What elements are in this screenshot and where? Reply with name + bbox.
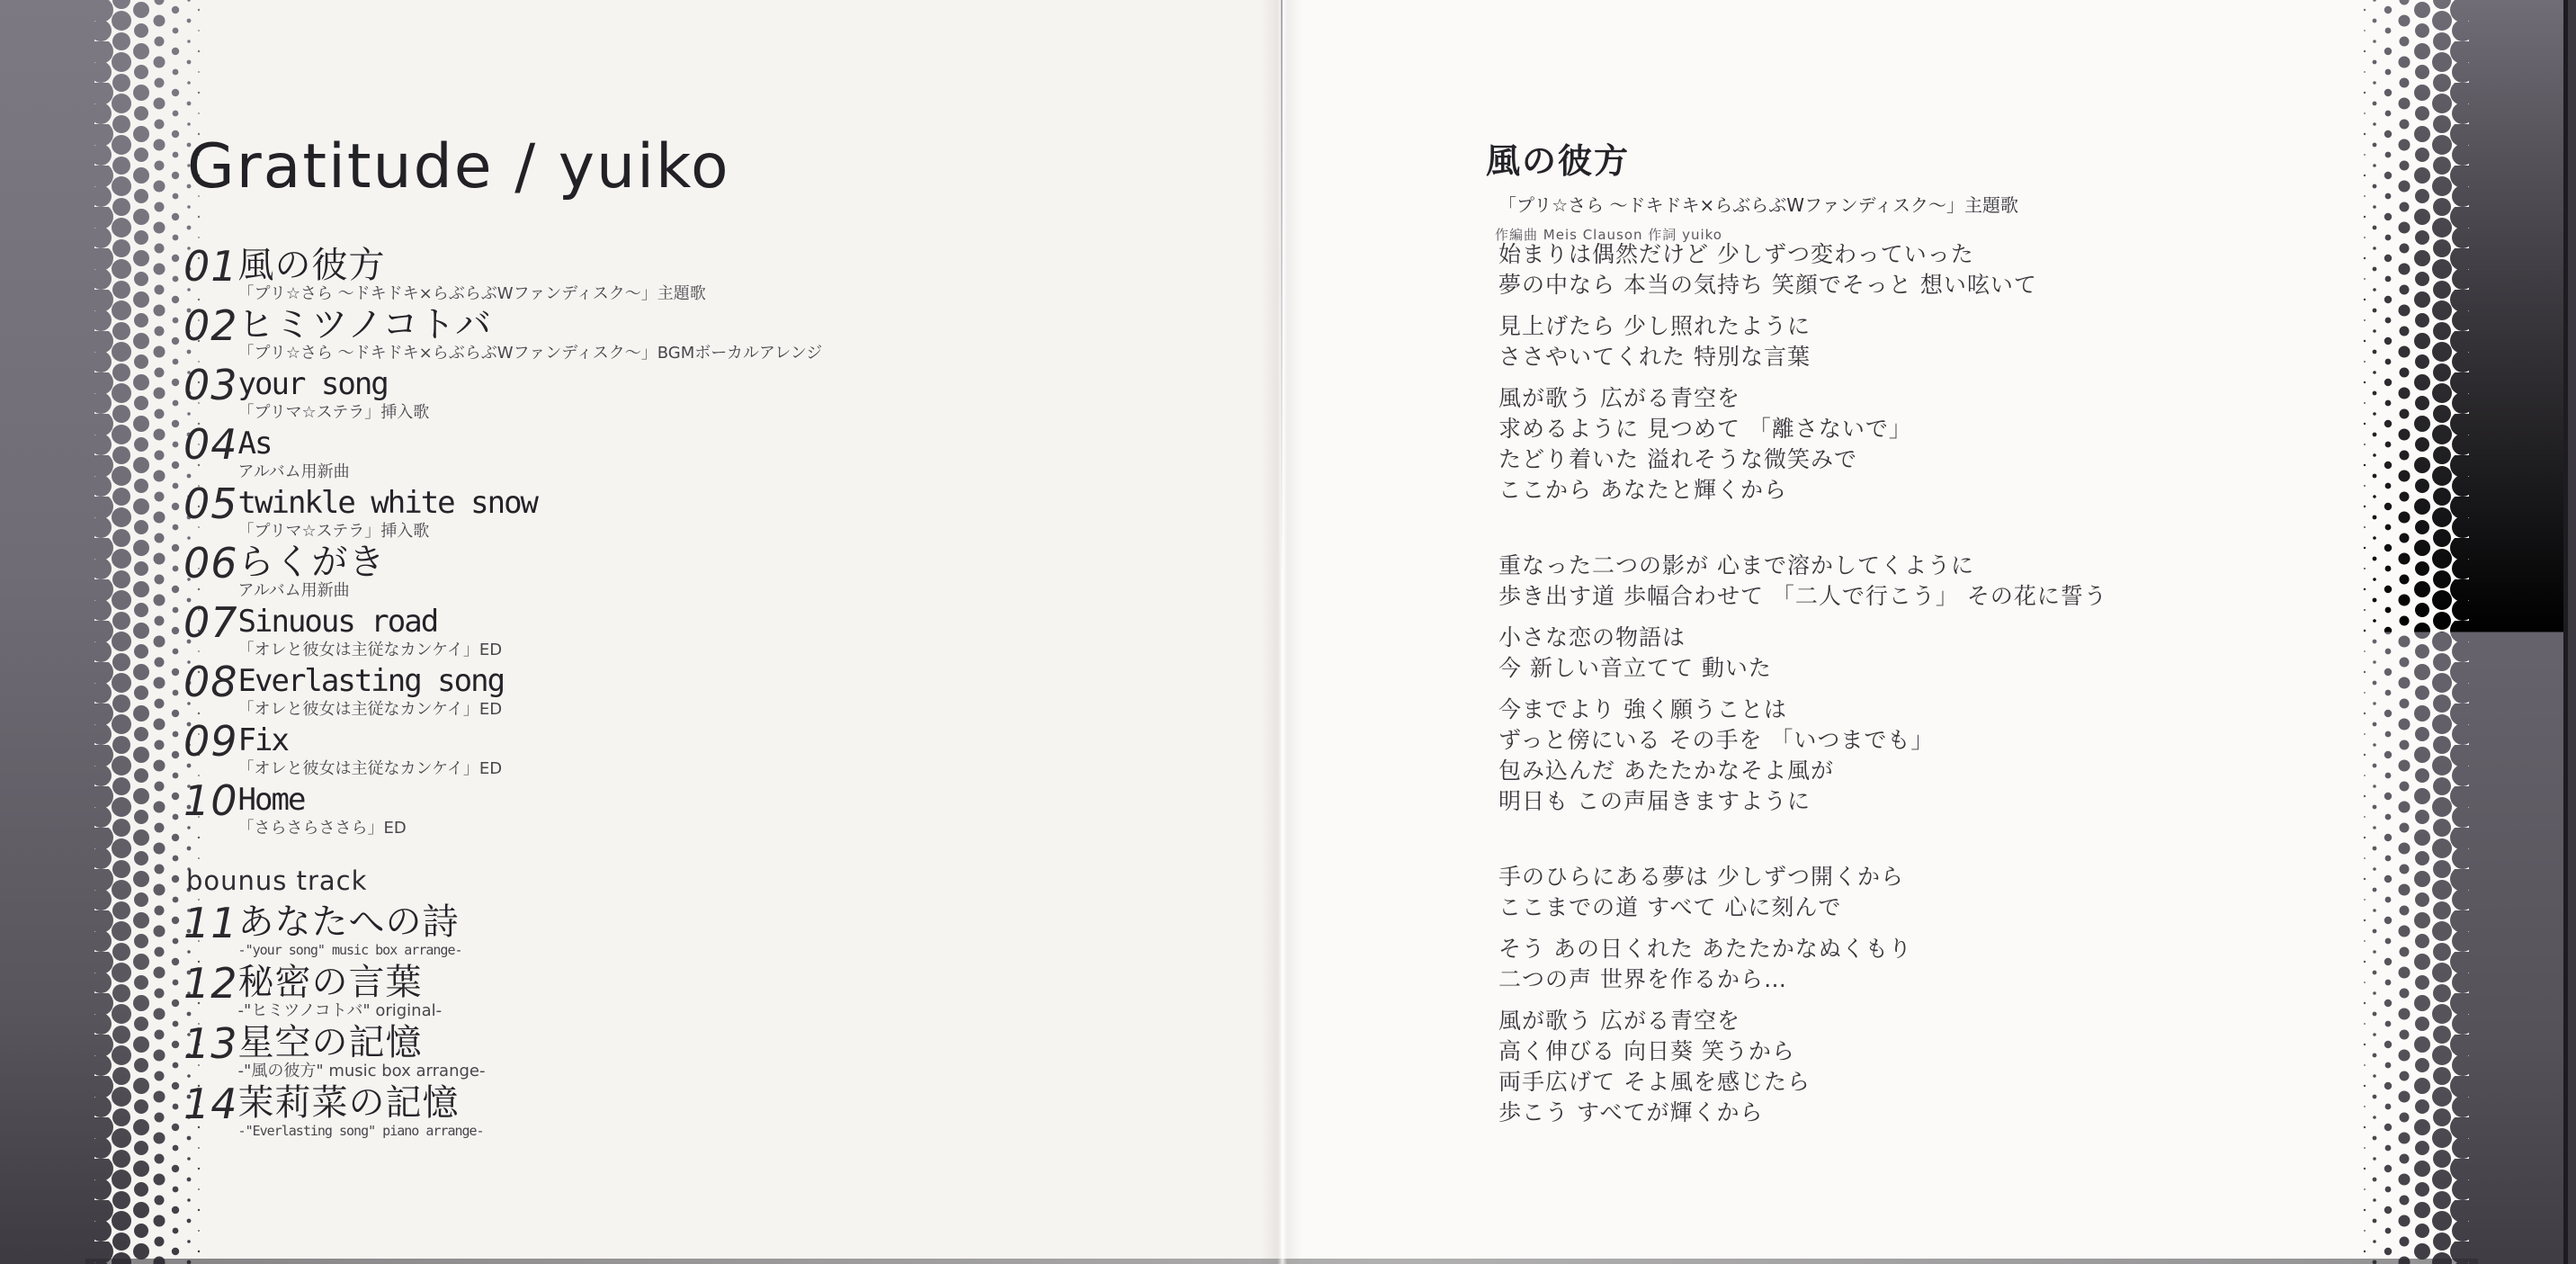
stanza: 手のひらにある夢は 少しずつ開くからここまでの道 すべて 心に刻んで <box>1498 862 2107 923</box>
track-number: 01 <box>183 245 238 288</box>
track-title: 風の彼方 <box>238 247 706 284</box>
stanza: 今までより 強く願うことはずっと傍にいる その手を 「いつまでも」包み込んだ あ… <box>1498 695 2107 817</box>
track-number: 05 <box>183 482 238 525</box>
track-subtitle: 「オレと彼女は主従なカンケイ」ED <box>238 641 503 659</box>
stanza: 重なった二つの影が 心まで溶かしてくように歩き出す道 歩幅合わせて 「二人で行こ… <box>1498 551 2107 612</box>
track-row: 11 あなたへの詩 -"your song" music box arrange… <box>183 901 485 962</box>
lyric-line: 求めるように 見つめて 「離さないで」 <box>1498 414 2107 444</box>
track-title: As <box>238 425 350 462</box>
lyric-line: 二つの声 世界を作るから… <box>1498 964 2107 995</box>
track-text: twinkle white snow 「プリマ☆ステラ」挿入歌 <box>238 482 537 541</box>
track-text: ヒミツノコトバ 「プリ☆さら ～ドキドキ×らぶらぶWファンディスク～」BGMボー… <box>238 304 823 363</box>
track-subtitle: 「プリマ☆ステラ」挿入歌 <box>238 522 537 541</box>
track-text: Home 「さらさらささら」ED <box>238 779 407 838</box>
track-text: 風の彼方 「プリ☆さら ～ドキドキ×らぶらぶWファンディスク～」主題歌 <box>238 245 706 303</box>
lyric-line: そう あの日くれた あたたかなぬくもり <box>1498 934 2107 964</box>
song-subtitle: 「プリ☆さら ～ドキドキ×らぶらぶWファンディスク～」主題歌 <box>1498 191 2018 217</box>
lyric-line: 両手広げて そよ風を感じたら <box>1498 1067 2107 1098</box>
track-title: Sinuous road <box>238 603 503 641</box>
track-subtitle: -"風の彼方" music box arrange- <box>238 1062 486 1080</box>
track-title: 星空の記憶 <box>238 1024 486 1062</box>
stanza: そう あの日くれた あたたかなぬくもり二つの声 世界を作るから… <box>1498 934 2107 995</box>
track-number: 09 <box>183 720 238 763</box>
scan-right-edge <box>2563 0 2576 1264</box>
track-subtitle: 「プリ☆さら ～ドキドキ×らぶらぶWファンディスク～」主題歌 <box>238 284 706 303</box>
track-subtitle: 「さらさらささら」ED <box>238 819 407 838</box>
lyric-line: ここから あなたと輝くから <box>1498 475 2107 506</box>
booklet-spread: Gratitude / yuiko 01 風の彼方 「プリ☆さら ～ドキドキ×ら… <box>0 0 2576 1264</box>
lyric-line: たどり着いた 溢れそうな微笑みで <box>1498 444 2107 475</box>
track-title: ヒミツノコトバ <box>238 306 823 344</box>
track-number: 14 <box>183 1082 238 1125</box>
track-subtitle: 「オレと彼女は主従なカンケイ」ED <box>238 700 505 719</box>
track-title: Fix <box>238 722 503 759</box>
track-subtitle: アルバム用新曲 <box>238 581 386 600</box>
track-row: 10 Home 「さらさらささら」ED <box>183 779 822 838</box>
lyrics: 始まりは偶然だけど 少しずつ変わっていった夢の中なら 本当の気持ち 笑顔でそっと… <box>1498 239 2107 1139</box>
track-title: Home <box>238 781 407 819</box>
track-row: 01 風の彼方 「プリ☆さら ～ドキドキ×らぶらぶWファンディスク～」主題歌 <box>183 245 822 304</box>
lyric-line: 風が歌う 広がる青空を <box>1498 1006 2107 1036</box>
track-title: 秘密の言葉 <box>238 964 443 1001</box>
track-text: Sinuous road 「オレと彼女は主従なカンケイ」ED <box>238 601 503 659</box>
halftone-band-right <box>2355 0 2563 1264</box>
lyric-line: 包み込んだ あたたかなそよ風が <box>1498 756 2107 786</box>
track-row: 02 ヒミツノコトバ 「プリ☆さら ～ドキドキ×らぶらぶWファンディスク～」BG… <box>183 304 822 363</box>
track-number: 13 <box>183 1022 238 1065</box>
lyric-line: 見上げたら 少し照れたように <box>1498 311 2107 342</box>
album-title: Gratitude / yuiko <box>187 131 730 202</box>
track-text: your song 「プリマ☆ステラ」挿入歌 <box>238 363 430 422</box>
track-row: 07 Sinuous road 「オレと彼女は主従なカンケイ」ED <box>183 601 822 660</box>
track-number: 11 <box>183 901 238 945</box>
track-text: 茉莉菜の記憶 -"Everlasting song" piano arrange… <box>238 1082 484 1141</box>
track-row: 12 秘密の言葉 -"ヒミツノコトバ" original- <box>183 962 485 1022</box>
track-number: 08 <box>183 660 238 704</box>
track-row: 05 twinkle white snow 「プリマ☆ステラ」挿入歌 <box>183 482 822 542</box>
track-subtitle: -"ヒミツノコトバ" original- <box>238 1001 443 1020</box>
track-subtitle: -"your song" music box arrange- <box>238 941 462 960</box>
lyric-line: ずっと傍にいる その手を 「いつまでも」 <box>1498 725 2107 756</box>
track-row: 09 Fix 「オレと彼女は主従なカンケイ」ED <box>183 720 822 779</box>
track-subtitle: 「オレと彼女は主従なカンケイ」ED <box>238 759 503 778</box>
lyric-line: 小さな恋の物語は <box>1498 623 2107 653</box>
track-number: 06 <box>183 542 238 585</box>
track-subtitle: 「プリ☆さら ～ドキドキ×らぶらぶWファンディスク～」BGMボーカルアレンジ <box>238 344 823 363</box>
lyric-line: 重なった二つの影が 心まで溶かしてくように <box>1498 551 2107 581</box>
track-subtitle: 「プリマ☆ステラ」挿入歌 <box>238 403 430 422</box>
lyric-line: 歩こう すべてが輝くから <box>1498 1098 2107 1128</box>
track-text: 星空の記憶 -"風の彼方" music box arrange- <box>238 1022 486 1080</box>
track-number: 12 <box>183 962 238 1005</box>
track-title: Everlasting song <box>238 662 505 700</box>
lyric-line: 風が歌う 広がる青空を <box>1498 383 2107 414</box>
track-title: 茉莉菜の記憶 <box>238 1084 484 1122</box>
lyric-line: 今までより 強く願うことは <box>1498 695 2107 725</box>
track-title: twinkle white snow <box>238 484 537 522</box>
stanza: 風が歌う 広がる青空を求めるように 見つめて 「離さないで」たどり着いた 溢れそ… <box>1498 383 2107 506</box>
center-fold-line <box>1281 0 1283 576</box>
track-row: 13 星空の記憶 -"風の彼方" music box arrange- <box>183 1022 485 1082</box>
track-number: 07 <box>183 601 238 644</box>
track-title: your song <box>238 365 430 403</box>
stanza: 小さな恋の物語は今 新しい音立てて 動いた <box>1498 623 2107 684</box>
lyric-line: 夢の中なら 本当の気持ち 笑顔でそっと 想い呟いて <box>1498 270 2107 300</box>
lyric-line: 歩き出す道 歩幅合わせて 「二人で行こう」 その花に誓う <box>1498 581 2107 612</box>
track-text: As アルバム用新曲 <box>238 423 350 481</box>
track-row: 04 As アルバム用新曲 <box>183 423 822 482</box>
track-row: 03 your song 「プリマ☆ステラ」挿入歌 <box>183 363 822 423</box>
bonus-track-list: 11 あなたへの詩 -"your song" music box arrange… <box>183 901 485 1143</box>
track-row: 14 茉莉菜の記憶 -"Everlasting song" piano arra… <box>183 1082 485 1143</box>
lyric-line: 手のひらにある夢は 少しずつ開くから <box>1498 862 2107 892</box>
track-text: あなたへの詩 -"your song" music box arrange- <box>238 901 462 960</box>
lyric-line: ここまでの道 すべて 心に刻んで <box>1498 892 2107 923</box>
track-subtitle: -"Everlasting song" piano arrange- <box>238 1122 484 1141</box>
track-title: あなたへの詩 <box>238 903 462 941</box>
stanza: 始まりは偶然だけど 少しずつ変わっていった夢の中なら 本当の気持ち 笑顔でそっと… <box>1498 239 2107 300</box>
song-header: 風の彼方 「プリ☆さら ～ドキドキ×らぶらぶWファンディスク～」主題歌 作編曲 … <box>1486 133 2018 244</box>
track-row: 06 らくがき アルバム用新曲 <box>183 542 822 601</box>
song-title: 風の彼方 <box>1486 133 2018 183</box>
stanza: 風が歌う 広がる青空を高く伸びる 向日葵 笑うから両手広げて そよ風を感じたら歩… <box>1498 1006 2107 1128</box>
track-number: 02 <box>183 304 238 347</box>
lyric-line: 今 新しい音立てて 動いた <box>1498 653 2107 684</box>
lyric-line: 始まりは偶然だけど 少しずつ変わっていった <box>1498 239 2107 270</box>
track-text: 秘密の言葉 -"ヒミツノコトバ" original- <box>238 962 443 1020</box>
bonus-track-heading: bounus track <box>186 865 367 896</box>
track-row: 08 Everlasting song 「オレと彼女は主従なカンケイ」ED <box>183 660 822 720</box>
track-subtitle: アルバム用新曲 <box>238 462 350 481</box>
track-number: 10 <box>183 779 238 822</box>
track-number: 04 <box>183 423 238 466</box>
lyric-line: 高く伸びる 向日葵 笑うから <box>1498 1036 2107 1067</box>
stanza: 見上げたら 少し照れたようにささやいてくれた 特別な言葉 <box>1498 311 2107 372</box>
halftone-band-left <box>0 0 209 1264</box>
track-text: らくがき アルバム用新曲 <box>238 542 386 600</box>
track-text: Everlasting song 「オレと彼女は主従なカンケイ」ED <box>238 660 505 719</box>
track-text: Fix 「オレと彼女は主従なカンケイ」ED <box>238 720 503 778</box>
track-title: らくがき <box>238 543 386 581</box>
track-number: 03 <box>183 363 238 407</box>
lyric-line: 明日も この声届きますように <box>1498 786 2107 817</box>
lyric-line: ささやいてくれた 特別な言葉 <box>1498 342 2107 372</box>
track-list: 01 風の彼方 「プリ☆さら ～ドキドキ×らぶらぶWファンディスク～」主題歌 0… <box>183 245 822 838</box>
